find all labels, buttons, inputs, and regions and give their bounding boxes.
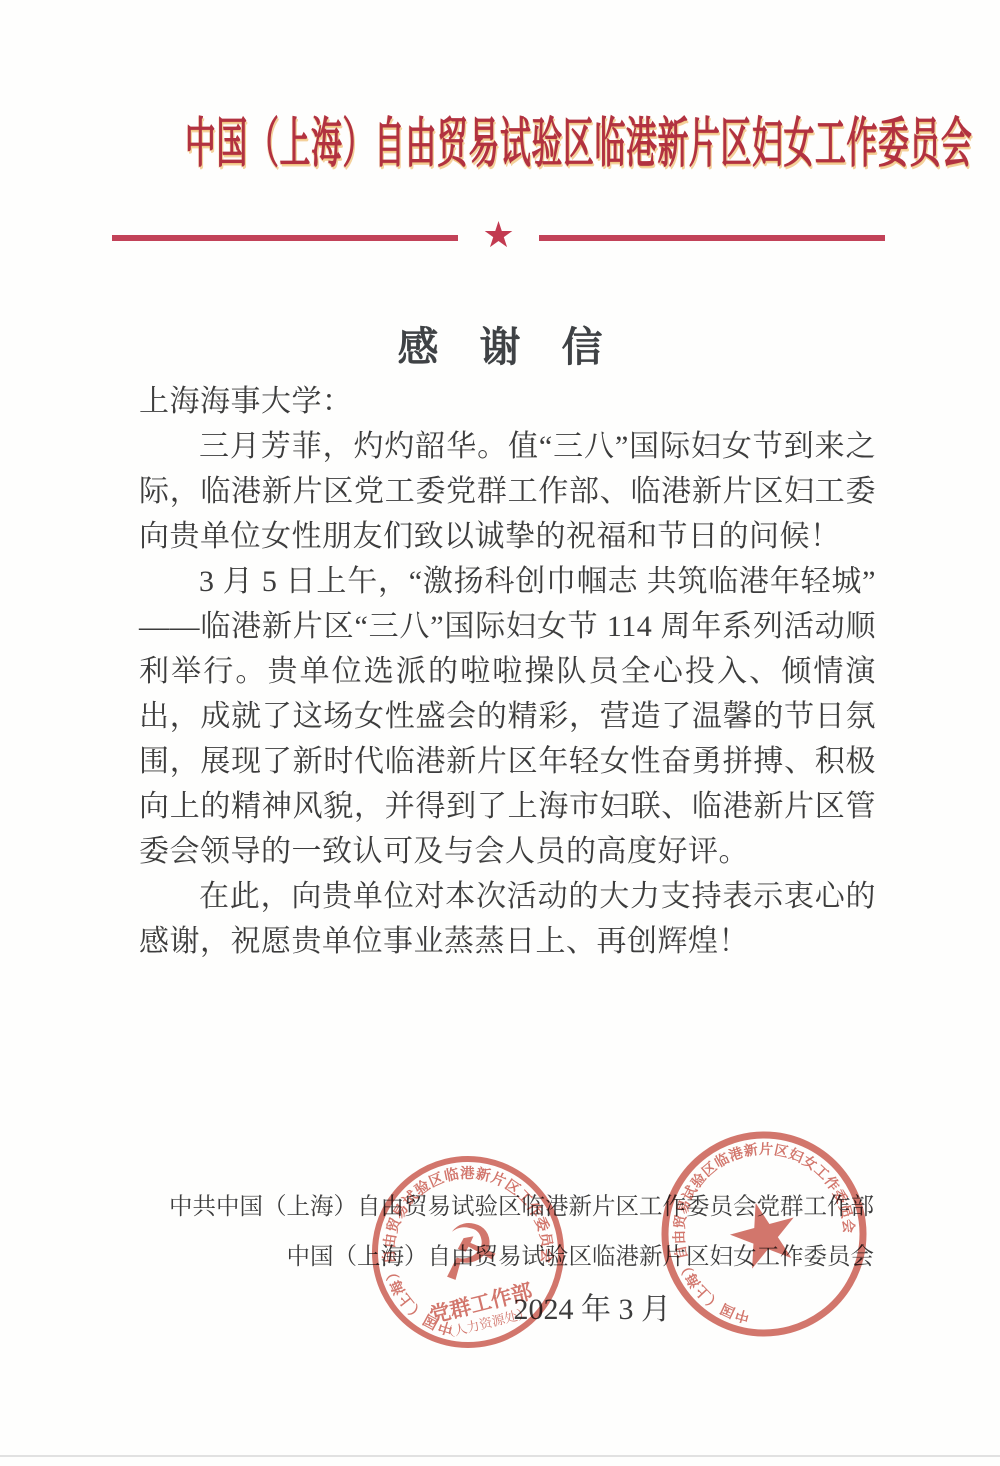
salutation: 上海海事大学： <box>139 379 876 424</box>
star-icon: ★ <box>458 218 538 254</box>
letter-body: 上海海事大学： 三月芳菲，灼灼韶华。值“三八”国际妇女节到来之际，临港新片区党工… <box>139 379 876 964</box>
paragraph-1: 三月芳菲，灼灼韶华。值“三八”国际妇女节到来之际，临港新片区党工委党群工作部、临… <box>139 424 876 559</box>
letterhead-org-name: 中国（上海）自由贸易试验区临港新片区妇女工作委员会 <box>185 113 815 175</box>
paragraph-2: 3 月 5 日上午，“激扬科创巾帼志 共筑临港年轻城”——临港新片区“三八”国际… <box>139 559 876 874</box>
official-seal-right: 中国（上海）自由贸易试验区临港新片区妇女工作委员会 ★ <box>658 1128 870 1340</box>
letterhead-divider: ★ <box>112 222 885 254</box>
scan-edge-line <box>0 1455 1000 1457</box>
divider-rule-right <box>539 235 885 241</box>
letter-page: 中国（上海）自由贸易试验区临港新片区妇女工作委员会 ★ 感谢信 上海海事大学： … <box>0 0 1000 1466</box>
paragraph-3: 在此，向贵单位对本次活动的大力支持表示衷心的感谢，祝愿贵单位事业蒸蒸日上、再创辉… <box>139 874 876 964</box>
letter-title: 感谢信 <box>0 314 1000 373</box>
official-seal-left: 中国（上海）自由贸易试验区临港新片区工作委员会 ☭ 党群工作部 （人力资源处） <box>368 1152 568 1352</box>
star-icon: ★ <box>715 1179 814 1292</box>
divider-rule-left <box>112 235 458 241</box>
hammer-and-sickle-icon: ☭ <box>427 1205 509 1298</box>
